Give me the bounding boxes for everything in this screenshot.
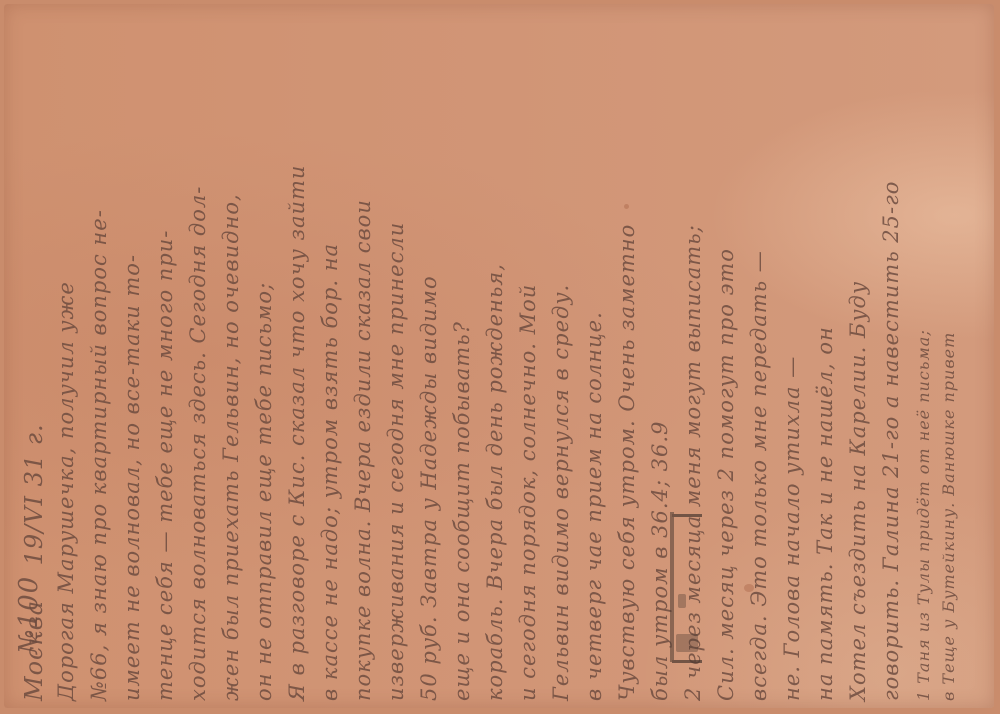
letter-line: в кассе не надо; утром взять бор. на [315,11,345,701]
stamp-bar [672,660,702,663]
letter-line: не. Голова начало утихла — [777,11,807,701]
stamp-bar [672,514,702,517]
letter-line: корабль. Вчера был день рожденья, [480,11,510,701]
stamp-smudge [676,634,698,652]
letter-line: в четверг чае прием на солнце. [579,11,609,701]
number-mark: №100 [14,534,44,654]
letter-line: и сегодня порядок, солнечно. Мой [513,11,543,701]
stamp-bar [670,512,674,662]
handwritten-text-block: Москва 19/VI 31 г. Дорогая Марушечка, по… [19,11,979,701]
letter-line: Дорогая Марушечка, получил уже [51,11,81,701]
letter-line: Чувствую себя утром. Очень заметно [612,11,642,701]
letter-line: тенце себя — тебе еще не много при- [150,11,180,701]
letter-line: изверживания и сегодня мне принесли [381,11,411,701]
letter-line: 50 руб. Завтра у Надежды видимо [414,11,444,701]
postcard: Москва 19/VI 31 г. Дорогая Марушечка, по… [4,4,994,708]
letter-line: в Теще у Бутейкину. Ванюшке привет [934,11,964,701]
letter-line: он не отправил еще тебе письмо; [249,11,279,701]
letter-line: Гельвин видимо вернулся в среду. [546,11,576,701]
letter-line: Я в разговоре с Кис. сказал что хочу зай… [282,11,312,701]
letter-line: всегда. Это только мне передать — [744,11,774,701]
letter-line: еще и она сообщит побывать? [447,11,477,701]
letter-line: №66, я знаю про квартирный вопрос не- [84,11,114,701]
letter-line: покупке волна. Вчера ездили сказал свои [348,11,378,701]
letter-line: жен был приехать Гельвин, но очевидно, [216,11,246,701]
letter-line: Сил. месяц через 2 помогут про это [711,11,741,701]
letter-line: говорить. Галина 21-го а навестить 25-го [876,11,906,701]
letter-line: Хотел съездить на Карелии. Буду [843,11,873,701]
letter-line: на память. Так и не нашёл, он [810,11,840,701]
letter-line: имеет не волновал, но все-таки то- [117,11,147,701]
stamp-smudge [678,594,686,608]
letter-line: ходится волноваться здесь. Сегодня дол- [183,11,213,701]
postal-cancellation-stamp [654,504,704,674]
